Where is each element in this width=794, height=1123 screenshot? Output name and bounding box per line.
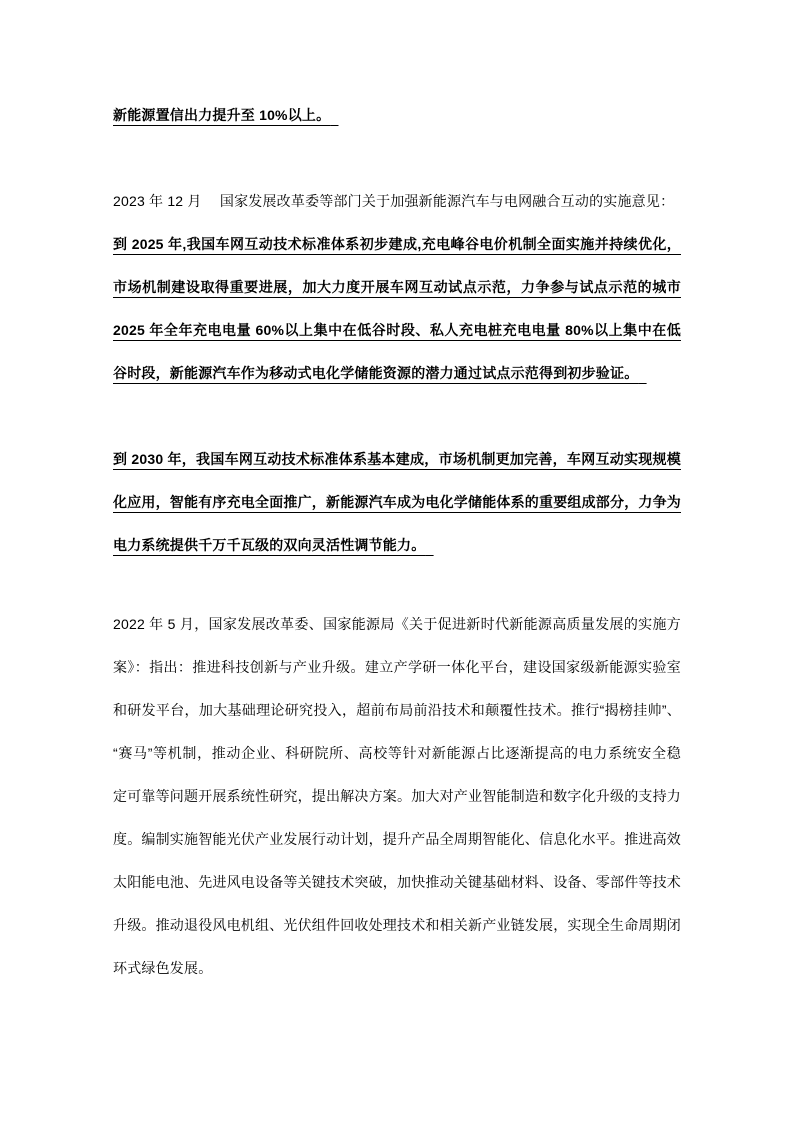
text-line: 太阳能电池、先进风电设备等关键技术突破，加快推动关键基础材料、设备、零部件等技术 [113,861,681,904]
text-line: 2025 年全年充电电量 60%以上集中在低谷时段、私人充电桩充电电量 80%以… [113,309,681,352]
text-line: 2022 年 5 月，国家发展改革委、国家能源局《关于促进新时代新能源高质量发展… [113,603,681,646]
paragraph-2025-targets: 到 2025 年,我国车网互动技术标准体系初步建成,充电峰谷电价机制全面实施并持… [113,223,681,395]
text-line: 和研发平台，加大基础理论研究投入，超前布局前沿技术和颠覆性技术。推行“揭榜挂帅”… [113,689,681,732]
text-line: 升级。推动退役风电机组、光伏组件回收处理技术和相关新产业链发展，实现全生命周期闭 [113,904,681,947]
paragraph-2030-targets: 到 2030 年，我国车网互动技术标准体系基本建成，市场机制更加完善，车网互动实… [113,438,681,567]
document-page: 新能源置信出力提升至 10%以上。 2023 年 12 月 国家发展改革委等部门… [0,0,794,1123]
text-line: 化应用，智能有序充电全面推广，新能源汽车成为电化学储能体系的重要组成部分，力争为 [113,481,681,524]
text-line: 谷时段，新能源汽车作为移动式电化学储能资源的潜力通过试点示范得到初步验证。 [113,352,681,395]
text-line: 案》：指出：推进科技创新与产业升级。建立产学研一体化平台，建设国家级新能源实验室 [113,646,681,689]
text-line: 电力系统提供千万千瓦级的双向灵活性调节能力。 [113,524,681,567]
text-line: 新能源置信出力提升至 10%以上。 [113,94,681,137]
text-line: 度。编制实施智能光伏产业发展行动计划，提升产品全周期智能化、信息化水平。推进高效 [113,818,681,861]
text-line: 市场机制建设取得重要进展，加大力度开展车网互动试点示范，力争参与试点示范的城市 [113,266,681,309]
text-line: 到 2030 年，我国车网互动技术标准体系基本建成，市场机制更加完善，车网互动实… [113,438,681,481]
paragraph-policy-2023-intro: 2023 年 12 月 国家发展改革委等部门关于加强新能源汽车与电网融合互动的实… [113,180,681,223]
document-body: 新能源置信出力提升至 10%以上。 2023 年 12 月 国家发展改革委等部门… [113,94,681,990]
text-line: “赛马”等机制，推动企业、科研院所、高校等针对新能源占比逐渐提高的电力系统安全稳 [113,732,681,775]
text-line: 环式绿色发展。 [113,947,681,990]
text-line: 到 2025 年,我国车网互动技术标准体系初步建成,充电峰谷电价机制全面实施并持… [113,223,681,266]
paragraph-heading: 新能源置信出力提升至 10%以上。 [113,94,681,137]
text-line: 2023 年 12 月 国家发展改革委等部门关于加强新能源汽车与电网融合互动的实… [113,180,681,223]
paragraph-2022-policy: 2022 年 5 月，国家发展改革委、国家能源局《关于促进新时代新能源高质量发展… [113,603,681,990]
text-line: 定可靠等问题开展系统性研究，提出解决方案。加大对产业智能制造和数字化升级的支持力 [113,775,681,818]
